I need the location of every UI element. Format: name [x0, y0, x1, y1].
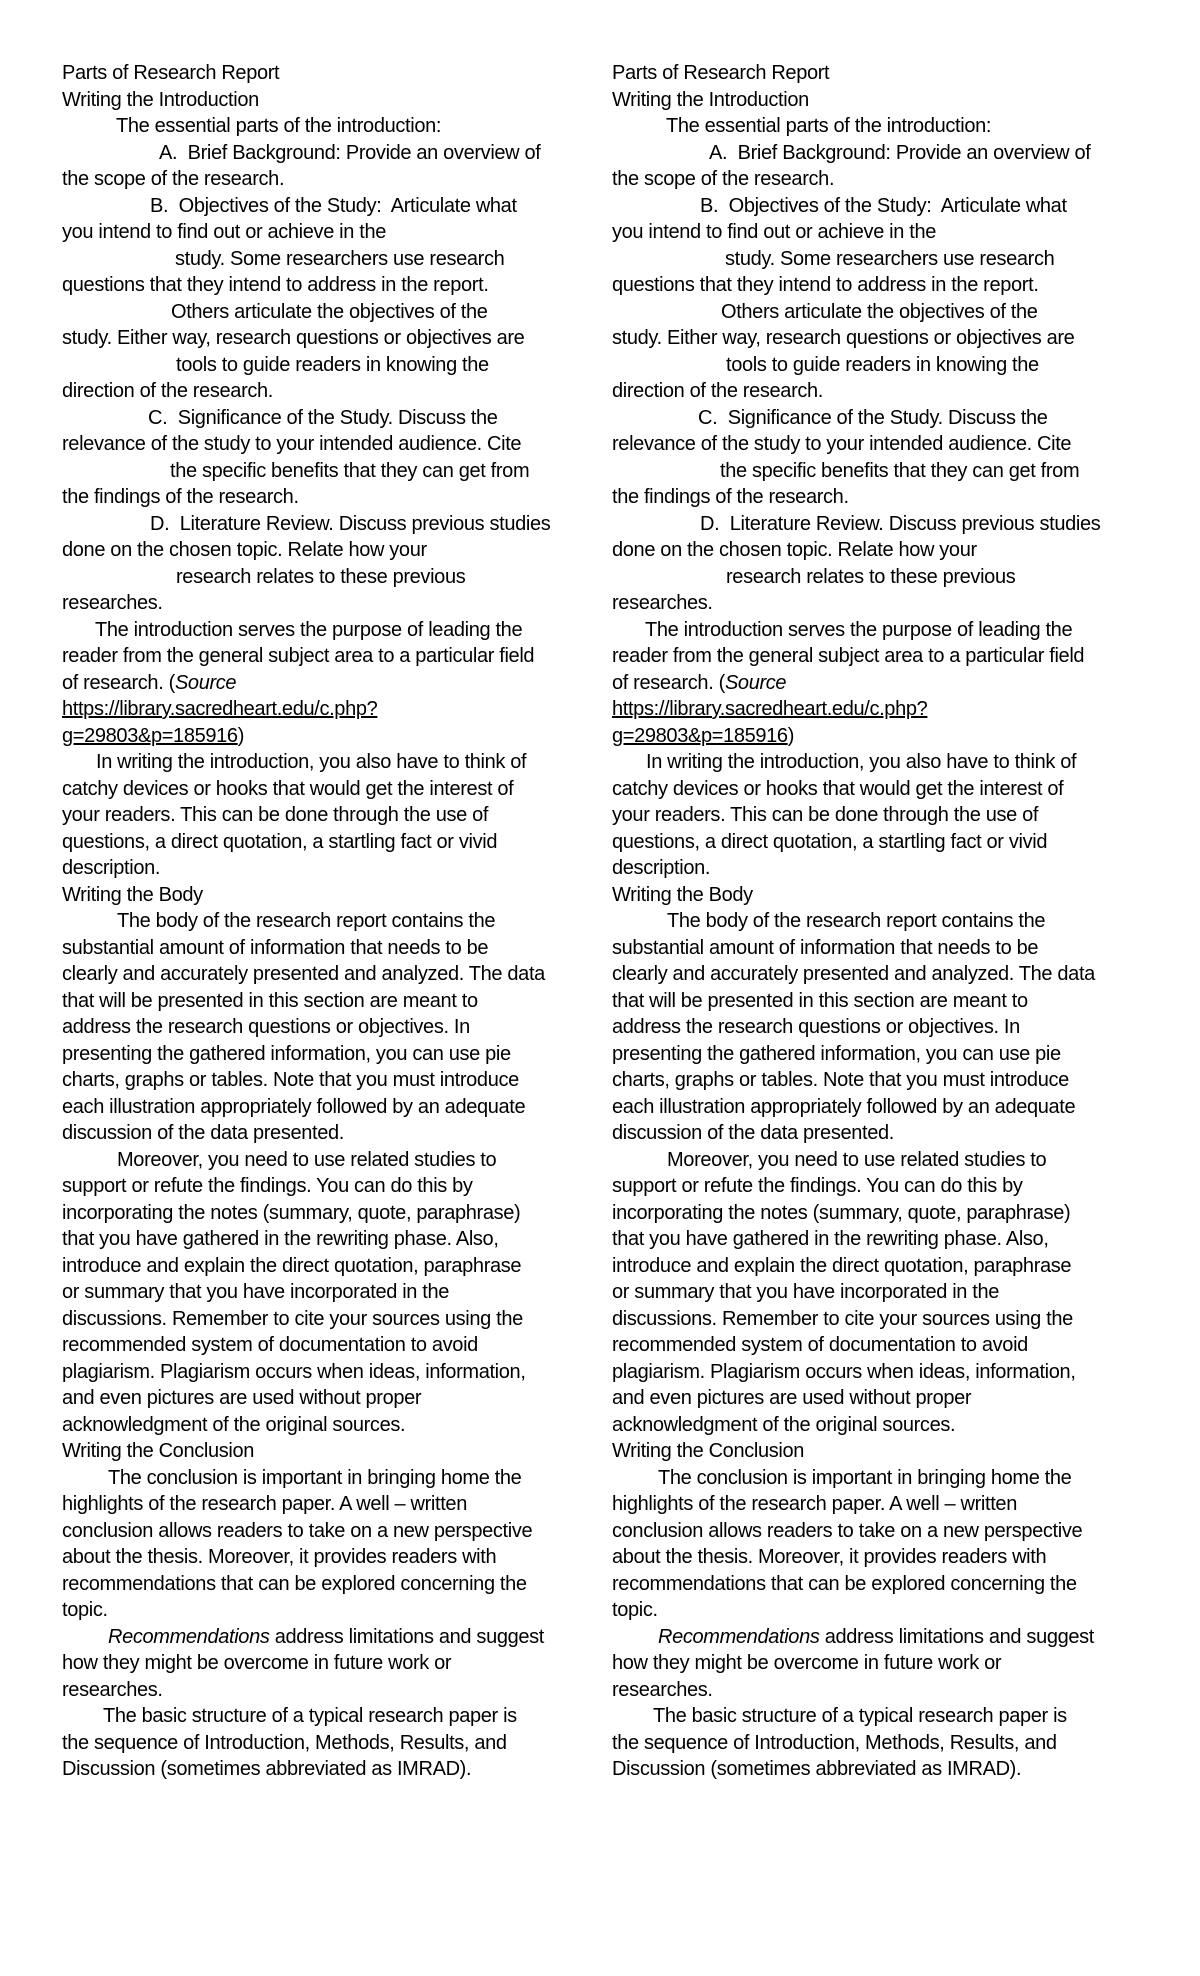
text-line: g=29803&p=185916)	[62, 723, 607, 750]
text-line: topic.	[62, 1597, 607, 1624]
text-line: charts, graphs or tables. Note that you …	[612, 1067, 1157, 1094]
body-text: conclusion allows readers to take on a n…	[62, 1520, 532, 1542]
text-line: and even pictures are used without prope…	[612, 1385, 1157, 1412]
body-text: The conclusion is important in bringing …	[658, 1467, 1071, 1489]
body-text: topic.	[612, 1599, 658, 1621]
text-line: recommended system of documentation to a…	[62, 1332, 607, 1359]
text-line: Recommendations address limitations and …	[62, 1624, 607, 1651]
source-hyperlink[interactable]: https://library.sacredheart.edu/c.php?	[612, 698, 927, 720]
body-text: Writing the Introduction	[612, 89, 809, 111]
text-line: Writing the Introduction	[62, 87, 607, 114]
text-line: https://library.sacredheart.edu/c.php?	[612, 696, 1157, 723]
body-text: conclusion allows readers to take on a n…	[612, 1520, 1082, 1542]
text-line: the sequence of Introduction, Methods, R…	[612, 1730, 1157, 1757]
text-line: substantial amount of information that n…	[62, 935, 607, 962]
text-line: the findings of the research.	[62, 484, 607, 511]
text-line: tools to guide readers in knowing the	[612, 352, 1157, 379]
body-text: and even pictures are used without prope…	[62, 1387, 421, 1409]
text-line: done on the chosen topic. Relate how you…	[62, 537, 607, 564]
text-line: discussions. Remember to cite your sourc…	[62, 1306, 607, 1333]
text-line: The essential parts of the introduction:	[62, 113, 607, 140]
text-line: the scope of the research.	[62, 166, 607, 193]
text-line: direction of the research.	[612, 378, 1157, 405]
body-text: the findings of the research.	[612, 486, 849, 508]
body-text: of research. (	[62, 672, 175, 694]
body-text: direction of the research.	[62, 380, 273, 402]
body-text: Writing the Body	[62, 884, 203, 906]
text-line: highlights of the research paper. A well…	[612, 1491, 1157, 1518]
body-text: charts, graphs or tables. Note that you …	[62, 1069, 519, 1091]
text-line: Writing the Body	[612, 882, 1157, 909]
body-text: B. Objectives of the Study: Articulate w…	[700, 195, 1067, 217]
text-line: reader from the general subject area to …	[612, 643, 1157, 670]
body-text: discussion of the data presented.	[62, 1122, 344, 1144]
body-text: )	[788, 725, 794, 747]
body-text: catchy devices or hooks that would get t…	[62, 778, 513, 800]
source-hyperlink[interactable]: g=29803&p=185916	[62, 725, 238, 747]
text-line: acknowledgment of the original sources.	[62, 1412, 607, 1439]
body-text: about the thesis. Moreover, it provides …	[62, 1546, 496, 1568]
text-line: reader from the general subject area to …	[62, 643, 607, 670]
body-text: the sequence of Introduction, Methods, R…	[62, 1732, 507, 1754]
text-line: clearly and accurately presented and ana…	[612, 961, 1157, 988]
text-line: or summary that you have incorporated in…	[62, 1279, 607, 1306]
document-column-right: Parts of Research ReportWriting the Intr…	[612, 60, 1157, 1783]
body-text: relevance of the study to your intended …	[62, 433, 521, 455]
body-text: the sequence of Introduction, Methods, R…	[612, 1732, 1057, 1754]
text-line: The essential parts of the introduction:	[612, 113, 1157, 140]
body-text: topic.	[62, 1599, 108, 1621]
body-text: the specific benefits that they can get …	[170, 460, 529, 482]
text-line: The conclusion is important in bringing …	[62, 1465, 607, 1492]
italic-text: Source	[175, 672, 236, 694]
body-text: The basic structure of a typical researc…	[653, 1705, 1067, 1727]
text-line: highlights of the research paper. A well…	[62, 1491, 607, 1518]
text-line: that you have gathered in the rewriting …	[62, 1226, 607, 1253]
body-text: recommended system of documentation to a…	[612, 1334, 1028, 1356]
text-line: address the research questions or object…	[612, 1014, 1157, 1041]
body-text: acknowledgment of the original sources.	[612, 1414, 955, 1436]
body-text: introduce and explain the direct quotati…	[62, 1255, 521, 1277]
text-line: the specific benefits that they can get …	[62, 458, 607, 485]
body-text: study. Some researchers use research	[175, 248, 504, 270]
body-text: description.	[612, 857, 710, 879]
text-line: recommended system of documentation to a…	[612, 1332, 1157, 1359]
text-line: your readers. This can be done through t…	[612, 802, 1157, 829]
body-text: address limitations and suggest	[270, 1626, 545, 1648]
body-text: or summary that you have incorporated in…	[62, 1281, 449, 1303]
body-text: description.	[62, 857, 160, 879]
body-text: highlights of the research paper. A well…	[612, 1493, 1017, 1515]
body-text: D. Literature Review. Discuss previous s…	[150, 513, 550, 535]
text-line: D. Literature Review. Discuss previous s…	[612, 511, 1157, 538]
body-text: questions that they intend to address in…	[612, 274, 1039, 296]
text-line: you intend to find out or achieve in the	[62, 219, 607, 246]
body-text: the scope of the research.	[62, 168, 284, 190]
italic-text: Recommendations	[658, 1626, 820, 1648]
body-text: catchy devices or hooks that would get t…	[612, 778, 1063, 800]
body-text: done on the chosen topic. Relate how you…	[62, 539, 427, 561]
body-text: In writing the introduction, you also ha…	[96, 751, 526, 773]
body-text: reader from the general subject area to …	[62, 645, 534, 667]
text-line: research relates to these previous	[62, 564, 607, 591]
source-hyperlink[interactable]: https://library.sacredheart.edu/c.php?	[62, 698, 377, 720]
text-line: plagiarism. Plagiarism occurs when ideas…	[612, 1359, 1157, 1386]
body-text: In writing the introduction, you also ha…	[646, 751, 1076, 773]
body-text: relevance of the study to your intended …	[612, 433, 1071, 455]
body-text: address the research questions or object…	[612, 1016, 1020, 1038]
text-line: introduce and explain the direct quotati…	[612, 1253, 1157, 1280]
body-text: how they might be overcome in future wor…	[612, 1652, 1001, 1674]
text-line: The basic structure of a typical researc…	[612, 1703, 1157, 1730]
text-line: Writing the Introduction	[612, 87, 1157, 114]
body-text: The conclusion is important in bringing …	[108, 1467, 521, 1489]
text-line: study. Some researchers use research	[62, 246, 607, 273]
body-text: support or refute the findings. You can …	[612, 1175, 1023, 1197]
body-text: the findings of the research.	[62, 486, 299, 508]
body-text: questions that they intend to address in…	[62, 274, 489, 296]
body-text: C. Significance of the Study. Discuss th…	[148, 407, 498, 429]
text-line: and even pictures are used without prope…	[62, 1385, 607, 1412]
text-line: presenting the gathered information, you…	[62, 1041, 607, 1068]
text-line: of research. (Source	[612, 670, 1157, 697]
body-text: address the research questions or object…	[62, 1016, 470, 1038]
text-line: https://library.sacredheart.edu/c.php?	[62, 696, 607, 723]
source-hyperlink[interactable]: g=29803&p=185916	[612, 725, 788, 747]
text-line: how they might be overcome in future wor…	[612, 1650, 1157, 1677]
body-text: The essential parts of the introduction:	[116, 115, 441, 137]
body-text: plagiarism. Plagiarism occurs when ideas…	[612, 1361, 1076, 1383]
body-text: The body of the research report contains…	[667, 910, 1045, 932]
text-line: the findings of the research.	[612, 484, 1157, 511]
text-line: A. Brief Background: Provide an overview…	[612, 140, 1157, 167]
body-text: study. Some researchers use research	[725, 248, 1054, 270]
text-line: of research. (Source	[62, 670, 607, 697]
body-text: that will be presented in this section a…	[612, 990, 1028, 1012]
text-line: questions that they intend to address in…	[612, 272, 1157, 299]
body-text: study. Either way, research questions or…	[612, 327, 1074, 349]
text-line: The body of the research report contains…	[612, 908, 1157, 935]
text-line: your readers. This can be done through t…	[62, 802, 607, 829]
body-text: The introduction serves the purpose of l…	[645, 619, 1072, 641]
body-text: )	[238, 725, 244, 747]
body-text: of research. (	[612, 672, 725, 694]
body-text: clearly and accurately presented and ana…	[62, 963, 545, 985]
text-line: about the thesis. Moreover, it provides …	[612, 1544, 1157, 1571]
text-line: discussions. Remember to cite your sourc…	[612, 1306, 1157, 1333]
body-text: or summary that you have incorporated in…	[612, 1281, 999, 1303]
text-line: recommendations that can be explored con…	[62, 1571, 607, 1598]
body-text: questions, a direct quotation, a startli…	[612, 831, 1047, 853]
body-text: study. Either way, research questions or…	[62, 327, 524, 349]
body-text: The introduction serves the purpose of l…	[95, 619, 522, 641]
text-line: incorporating the notes (summary, quote,…	[62, 1200, 607, 1227]
text-line: about the thesis. Moreover, it provides …	[62, 1544, 607, 1571]
body-text: incorporating the notes (summary, quote,…	[612, 1202, 1070, 1224]
text-line: D. Literature Review. Discuss previous s…	[62, 511, 607, 538]
body-text: your readers. This can be done through t…	[612, 804, 1038, 826]
text-line: Others articulate the objectives of the	[62, 299, 607, 326]
text-line: incorporating the notes (summary, quote,…	[612, 1200, 1157, 1227]
text-line: that will be presented in this section a…	[62, 988, 607, 1015]
text-line: The body of the research report contains…	[62, 908, 607, 935]
body-text: Others articulate the objectives of the	[171, 301, 488, 323]
body-text: Discussion (sometimes abbreviated as IMR…	[62, 1758, 471, 1780]
body-text: Writing the Conclusion	[62, 1440, 254, 1462]
italic-text: Source	[725, 672, 786, 694]
text-line: clearly and accurately presented and ana…	[62, 961, 607, 988]
body-text: address limitations and suggest	[820, 1626, 1095, 1648]
text-line: Discussion (sometimes abbreviated as IMR…	[612, 1756, 1157, 1783]
body-text: that will be presented in this section a…	[62, 990, 478, 1012]
text-line: questions, a direct quotation, a startli…	[62, 829, 607, 856]
body-text: charts, graphs or tables. Note that you …	[612, 1069, 1069, 1091]
text-line: Moreover, you need to use related studie…	[62, 1147, 607, 1174]
text-line: presenting the gathered information, you…	[612, 1041, 1157, 1068]
text-line: introduce and explain the direct quotati…	[62, 1253, 607, 1280]
body-text: substantial amount of information that n…	[612, 937, 1038, 959]
text-line: C. Significance of the Study. Discuss th…	[62, 405, 607, 432]
text-line: topic.	[612, 1597, 1157, 1624]
body-text: reader from the general subject area to …	[612, 645, 1084, 667]
text-line: you intend to find out or achieve in the	[612, 219, 1157, 246]
text-line: recommendations that can be explored con…	[612, 1571, 1157, 1598]
body-text: researches.	[62, 592, 163, 614]
body-text: you intend to find out or achieve in the	[62, 221, 386, 243]
text-line: researches.	[62, 1677, 607, 1704]
body-text: discussion of the data presented.	[612, 1122, 894, 1144]
text-line: The basic structure of a typical researc…	[62, 1703, 607, 1730]
text-line: Parts of Research Report	[612, 60, 1157, 87]
text-line: that you have gathered in the rewriting …	[612, 1226, 1157, 1253]
body-text: you intend to find out or achieve in the	[612, 221, 936, 243]
body-text: researches.	[612, 1679, 713, 1701]
text-line: support or refute the findings. You can …	[62, 1173, 607, 1200]
body-text: Writing the Introduction	[62, 89, 259, 111]
text-line: that will be presented in this section a…	[612, 988, 1157, 1015]
body-text: Moreover, you need to use related studie…	[667, 1149, 1046, 1171]
text-line: The conclusion is important in bringing …	[612, 1465, 1157, 1492]
body-text: discussions. Remember to cite your sourc…	[612, 1308, 1073, 1330]
body-text: incorporating the notes (summary, quote,…	[62, 1202, 520, 1224]
body-text: Writing the Conclusion	[612, 1440, 804, 1462]
text-line: conclusion allows readers to take on a n…	[612, 1518, 1157, 1545]
body-text: each illustration appropriately followed…	[62, 1096, 525, 1118]
body-text: recommendations that can be explored con…	[62, 1573, 527, 1595]
body-text: that you have gathered in the rewriting …	[612, 1228, 1049, 1250]
body-text: Moreover, you need to use related studie…	[117, 1149, 496, 1171]
text-line: address the research questions or object…	[62, 1014, 607, 1041]
body-text: discussions. Remember to cite your sourc…	[62, 1308, 523, 1330]
text-line: questions, a direct quotation, a startli…	[612, 829, 1157, 856]
body-text: direction of the research.	[612, 380, 823, 402]
text-line: g=29803&p=185916)	[612, 723, 1157, 750]
text-line: direction of the research.	[62, 378, 607, 405]
text-line: Writing the Body	[62, 882, 607, 909]
body-text: Others articulate the objectives of the	[721, 301, 1038, 323]
document-page: Parts of Research ReportWriting the Intr…	[0, 0, 1200, 1976]
body-text: presenting the gathered information, you…	[62, 1043, 511, 1065]
text-line: tools to guide readers in knowing the	[62, 352, 607, 379]
body-text: acknowledgment of the original sources.	[62, 1414, 405, 1436]
body-text: clearly and accurately presented and ana…	[612, 963, 1095, 985]
text-line: conclusion allows readers to take on a n…	[62, 1518, 607, 1545]
text-line: researches.	[612, 590, 1157, 617]
text-line: Writing the Conclusion	[612, 1438, 1157, 1465]
body-text: that you have gathered in the rewriting …	[62, 1228, 499, 1250]
body-text: A. Brief Background: Provide an overview…	[709, 142, 1090, 164]
body-text: Parts of Research Report	[612, 62, 829, 84]
body-text: each illustration appropriately followed…	[612, 1096, 1075, 1118]
body-text: your readers. This can be done through t…	[62, 804, 488, 826]
text-line: acknowledgment of the original sources.	[612, 1412, 1157, 1439]
text-line: or summary that you have incorporated in…	[612, 1279, 1157, 1306]
body-text: D. Literature Review. Discuss previous s…	[700, 513, 1100, 535]
body-text: support or refute the findings. You can …	[62, 1175, 473, 1197]
text-line: catchy devices or hooks that would get t…	[612, 776, 1157, 803]
text-line: research relates to these previous	[612, 564, 1157, 591]
text-line: B. Objectives of the Study: Articulate w…	[612, 193, 1157, 220]
body-text: research relates to these previous	[176, 566, 465, 588]
text-line: In writing the introduction, you also ha…	[612, 749, 1157, 776]
italic-text: Recommendations	[108, 1626, 270, 1648]
body-text: A. Brief Background: Provide an overview…	[159, 142, 540, 164]
text-line: Moreover, you need to use related studie…	[612, 1147, 1157, 1174]
body-text: researches.	[612, 592, 713, 614]
text-line: The introduction serves the purpose of l…	[612, 617, 1157, 644]
text-line: description.	[612, 855, 1157, 882]
body-text: substantial amount of information that n…	[62, 937, 488, 959]
text-line: the specific benefits that they can get …	[612, 458, 1157, 485]
text-line: study. Either way, research questions or…	[62, 325, 607, 352]
text-line: Parts of Research Report	[62, 60, 607, 87]
body-text: about the thesis. Moreover, it provides …	[612, 1546, 1046, 1568]
body-text: introduce and explain the direct quotati…	[612, 1255, 1071, 1277]
body-text: how they might be overcome in future wor…	[62, 1652, 451, 1674]
document-column-left: Parts of Research ReportWriting the Intr…	[62, 60, 607, 1783]
text-line: Discussion (sometimes abbreviated as IMR…	[62, 1756, 607, 1783]
text-line: relevance of the study to your intended …	[612, 431, 1157, 458]
body-text: presenting the gathered information, you…	[612, 1043, 1061, 1065]
body-text: researches.	[62, 1679, 163, 1701]
body-text: questions, a direct quotation, a startli…	[62, 831, 497, 853]
body-text: The body of the research report contains…	[117, 910, 495, 932]
body-text: Discussion (sometimes abbreviated as IMR…	[612, 1758, 1021, 1780]
text-line: questions that they intend to address in…	[62, 272, 607, 299]
text-line: discussion of the data presented.	[612, 1120, 1157, 1147]
body-text: tools to guide readers in knowing the	[726, 354, 1039, 376]
text-line: In writing the introduction, you also ha…	[62, 749, 607, 776]
text-line: Writing the Conclusion	[62, 1438, 607, 1465]
body-text: Parts of Research Report	[62, 62, 279, 84]
body-text: recommended system of documentation to a…	[62, 1334, 478, 1356]
body-text: Writing the Body	[612, 884, 753, 906]
body-text: highlights of the research paper. A well…	[62, 1493, 467, 1515]
body-text: done on the chosen topic. Relate how you…	[612, 539, 977, 561]
text-line: C. Significance of the Study. Discuss th…	[612, 405, 1157, 432]
body-text: research relates to these previous	[726, 566, 1015, 588]
text-line: plagiarism. Plagiarism occurs when ideas…	[62, 1359, 607, 1386]
body-text: The essential parts of the introduction:	[666, 115, 991, 137]
body-text: tools to guide readers in knowing the	[176, 354, 489, 376]
text-line: B. Objectives of the Study: Articulate w…	[62, 193, 607, 220]
text-line: relevance of the study to your intended …	[62, 431, 607, 458]
body-text: C. Significance of the Study. Discuss th…	[698, 407, 1048, 429]
text-line: each illustration appropriately followed…	[612, 1094, 1157, 1121]
text-line: catchy devices or hooks that would get t…	[62, 776, 607, 803]
body-text: and even pictures are used without prope…	[612, 1387, 971, 1409]
text-line: researches.	[612, 1677, 1157, 1704]
body-text: plagiarism. Plagiarism occurs when ideas…	[62, 1361, 526, 1383]
text-line: Recommendations address limitations and …	[612, 1624, 1157, 1651]
text-line: researches.	[62, 590, 607, 617]
text-line: Others articulate the objectives of the	[612, 299, 1157, 326]
text-line: study. Either way, research questions or…	[612, 325, 1157, 352]
text-line: discussion of the data presented.	[62, 1120, 607, 1147]
text-line: support or refute the findings. You can …	[612, 1173, 1157, 1200]
text-line: the sequence of Introduction, Methods, R…	[62, 1730, 607, 1757]
text-line: done on the chosen topic. Relate how you…	[612, 537, 1157, 564]
text-line: description.	[62, 855, 607, 882]
body-text: the specific benefits that they can get …	[720, 460, 1079, 482]
text-line: the scope of the research.	[612, 166, 1157, 193]
text-line: charts, graphs or tables. Note that you …	[62, 1067, 607, 1094]
text-line: study. Some researchers use research	[612, 246, 1157, 273]
text-line: each illustration appropriately followed…	[62, 1094, 607, 1121]
body-text: The basic structure of a typical researc…	[103, 1705, 517, 1727]
text-line: A. Brief Background: Provide an overview…	[62, 140, 607, 167]
text-line: The introduction serves the purpose of l…	[62, 617, 607, 644]
body-text: B. Objectives of the Study: Articulate w…	[150, 195, 517, 217]
body-text: recommendations that can be explored con…	[612, 1573, 1077, 1595]
text-line: how they might be overcome in future wor…	[62, 1650, 607, 1677]
body-text: the scope of the research.	[612, 168, 834, 190]
text-line: substantial amount of information that n…	[612, 935, 1157, 962]
